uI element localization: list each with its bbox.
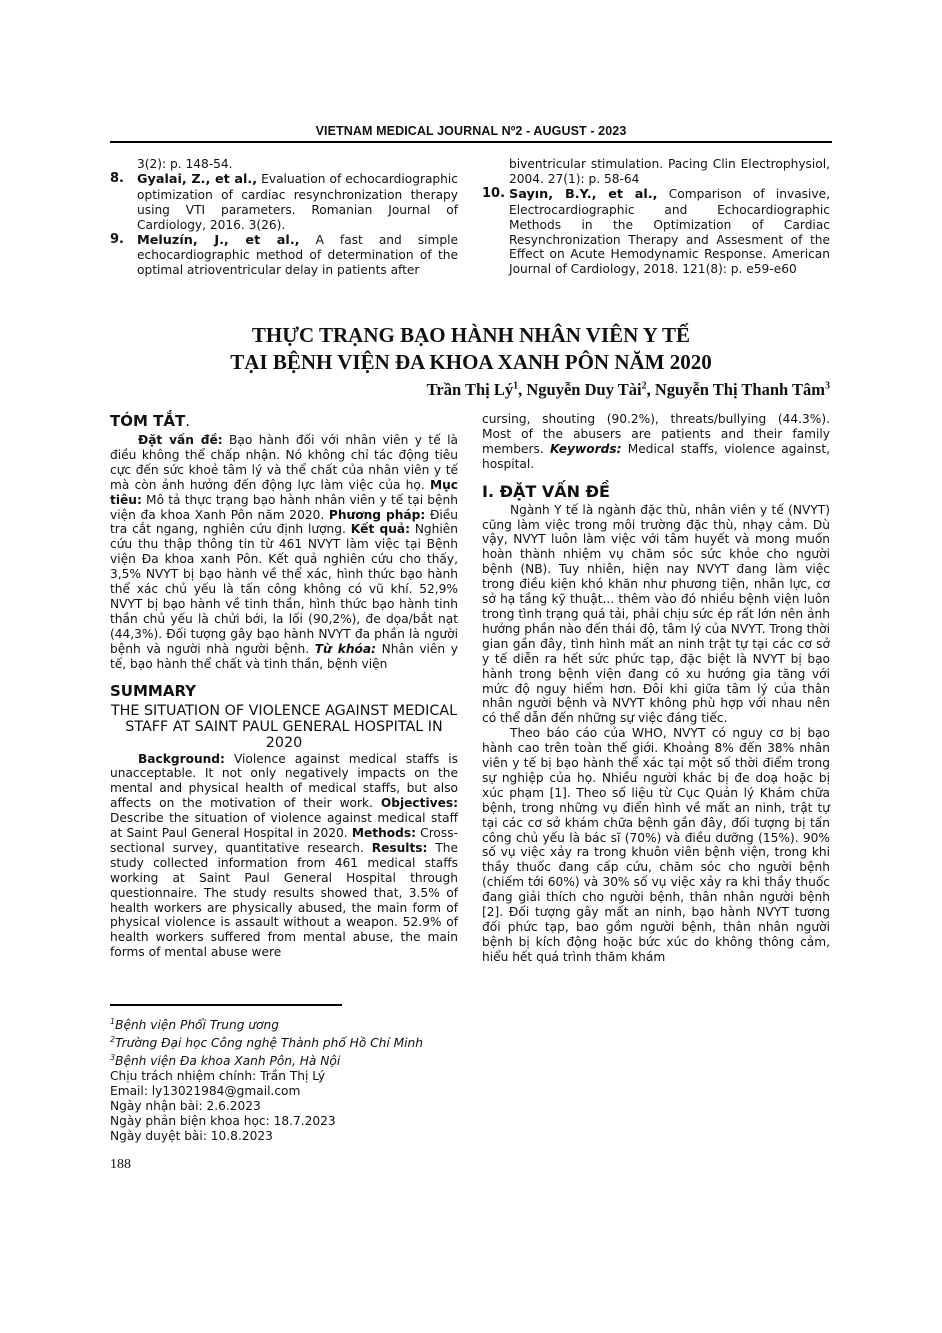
date-accepted: Ngày duyệt bài: 10.8.2023 <box>110 1129 423 1144</box>
title-line-2: TẠI BỆNH VIỆN ĐA KHOA XANH PÔN NĂM 2020 <box>110 349 832 376</box>
reference-authors: Meluzín, J., et al., <box>137 233 300 248</box>
affiliation-1: 1Bệnh viện Phổi Trung ương <box>110 1015 423 1033</box>
author-3: Nguyễn Thị Thanh Tâm <box>655 380 825 399</box>
date-reviewed: Ngày phản biện khoa học: 18.7.2023 <box>110 1114 423 1129</box>
author-list: Trần Thị Lý1, Nguyễn Duy Tài2, Nguyễn Th… <box>427 380 830 400</box>
author-1: Trần Thị Lý <box>427 380 514 399</box>
reference-8: 8. Gyalai, Z., et al., Evaluation of ech… <box>110 172 458 233</box>
left-column: TÓM TẮT. Đặt vấn đề: Bạo hành đối với nh… <box>110 412 458 960</box>
affiliation-2: 2Trường Đại học Công nghệ Thành phố Hồ C… <box>110 1033 423 1051</box>
footnotes: 1Bệnh viện Phổi Trung ương 2Trường Đại h… <box>110 1015 423 1143</box>
journal-header: VIETNAM MEDICAL JOURNAL Nº2 - AUGUST - 2… <box>110 124 832 138</box>
section-1-paragraph-1: Ngành Y tế là ngành đặc thù, nhân viên y… <box>482 503 830 727</box>
references-right: biventricular stimulation. Pacing Clin E… <box>482 157 830 277</box>
email: Email: ly13021984@gmail.com <box>110 1084 423 1099</box>
reference-text: 3(2): p. 148-54. <box>137 157 233 171</box>
reference-authors: Gyalai, Z., et al., <box>137 172 257 187</box>
abstract-vi-body: Đặt vấn đề: Bạo hành đối với nhân viên y… <box>110 433 458 672</box>
section-1-paragraph-2: Theo báo cáo của WHO, NVYT có nguy cơ bị… <box>482 726 830 965</box>
page-number: 188 <box>110 1157 131 1173</box>
affiliation-3: 3Bệnh viện Đa khoa Xanh Pôn, Hà Nội <box>110 1051 423 1069</box>
reference-number: 10. <box>482 187 505 202</box>
footnote-divider <box>110 1004 342 1006</box>
reference-text: biventricular stimulation. Pacing Clin E… <box>509 157 830 186</box>
title-line-1: THỰC TRẠNG BẠO HÀNH NHÂN VIÊN Y TẾ <box>110 322 832 349</box>
header-divider <box>110 141 832 143</box>
right-column: cursing, shouting (90.2%), threats/bully… <box>482 412 830 965</box>
abstract-vi-heading: TÓM TẮT. <box>110 412 458 431</box>
references-left: 3(2): p. 148-54. 8. Gyalai, Z., et al., … <box>110 157 458 278</box>
reference-9: 9. Meluzín, J., et al., A fast and simpl… <box>110 233 458 279</box>
summary-heading: SUMMARY <box>110 682 458 701</box>
author-2: Nguyễn Duy Tài <box>526 380 641 399</box>
reference-authors: Sayın, B.Y., et al., <box>509 187 658 202</box>
reference-number: 9. <box>110 233 124 248</box>
reference-continued: 3(2): p. 148-54. <box>110 157 458 172</box>
summary-title: THE SITUATION OF VIOLENCE AGAINST MEDICA… <box>110 703 458 751</box>
abstract-en-body: Background: Violence against medical sta… <box>110 752 458 961</box>
corresponding-author: Chịu trách nhiệm chính: Trần Thị Lý <box>110 1069 423 1084</box>
reference-number: 8. <box>110 172 124 187</box>
reference-continued: biventricular stimulation. Pacing Clin E… <box>482 157 830 187</box>
abstract-en-continued: cursing, shouting (90.2%), threats/bully… <box>482 412 830 472</box>
reference-10: 10. Sayın, B.Y., et al., Comparison of i… <box>482 187 830 277</box>
article-title: THỰC TRẠNG BẠO HÀNH NHÂN VIÊN Y TẾ TẠI B… <box>110 322 832 376</box>
section-1-heading: I. ĐẶT VẤN ĐỀ <box>482 482 830 501</box>
date-received: Ngày nhận bài: 2.6.2023 <box>110 1099 423 1114</box>
